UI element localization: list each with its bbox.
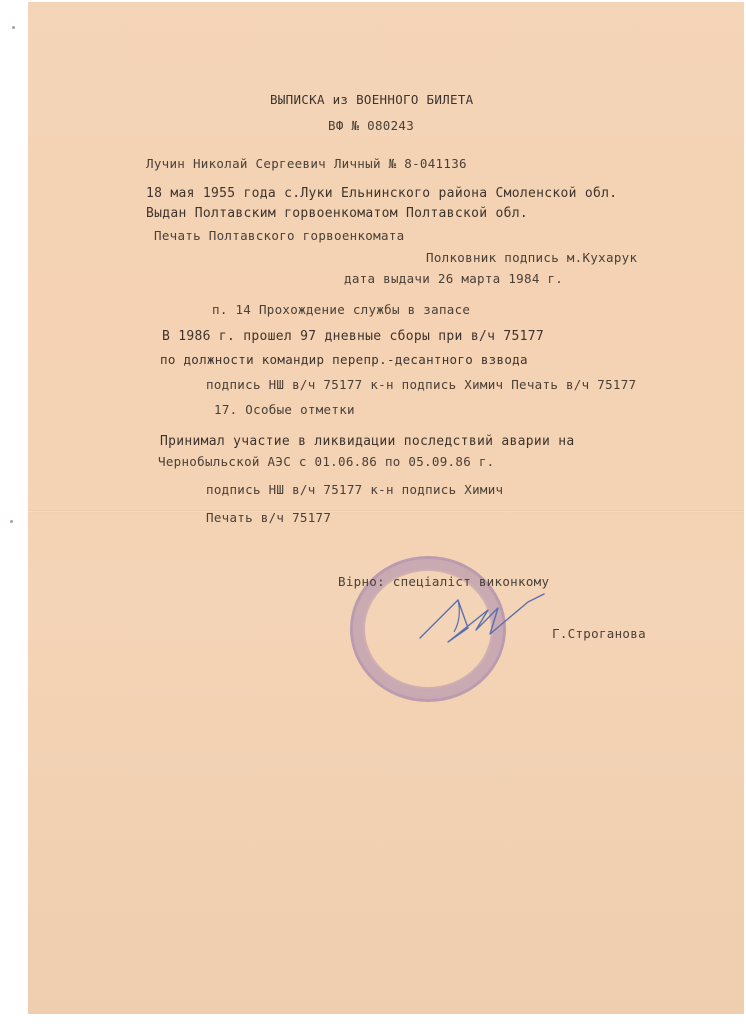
- signatory-line: Полковник подпись м.Кухарук: [426, 250, 637, 265]
- certifier-name: Г.Строганова: [552, 626, 646, 641]
- section-17-line-1: Принимал участие в ликвидации последстви…: [160, 434, 574, 449]
- section-17-line-2: Чернобыльской АЭС с 01.06.86 по 05.09.86…: [158, 454, 495, 469]
- document-title: ВЫПИСКА из ВОЕННОГО БИЛЕТА: [270, 92, 473, 107]
- birth-line: 18 мая 1955 года с.Луки Ельнинского райо…: [146, 186, 617, 201]
- paper-fold-line: [28, 510, 744, 513]
- seal-issuer-line: Печать Полтавского горвоенкомата: [154, 228, 404, 243]
- section-14-line-2: по должности командир перепр.-десантного…: [160, 352, 528, 367]
- issue-date-line: дата выдачи 26 марта 1984 г.: [344, 271, 563, 286]
- section-14-title: п. 14 Прохождение службы в запасе: [212, 302, 470, 317]
- certification-line: Вірно: спеціаліст виконкому: [338, 574, 549, 589]
- person-name-line: Лучин Николай Сергеевич Личный № 8-04113…: [146, 156, 467, 171]
- ticket-number: ВФ № 080243: [328, 118, 414, 133]
- section-17-line-4: Печать в/ч 75177: [206, 510, 331, 525]
- document-paper: [28, 2, 744, 1014]
- signature-icon: [418, 588, 548, 648]
- section-14-line-3: подпись НШ в/ч 75177 к-н подпись Химич П…: [206, 377, 636, 392]
- section-14-line-1: В 1986 г. прошел 97 дневные сборы при в/…: [162, 329, 544, 344]
- section-17-line-3: подпись НШ в/ч 75177 к-н подпись Химич: [206, 482, 503, 497]
- scan-speck: [12, 26, 15, 29]
- issued-by-line: Выдан Полтавским горвоенкоматом Полтавск…: [146, 206, 528, 221]
- scan-speck: [10, 520, 13, 523]
- section-17-title: 17. Особые отметки: [214, 402, 355, 417]
